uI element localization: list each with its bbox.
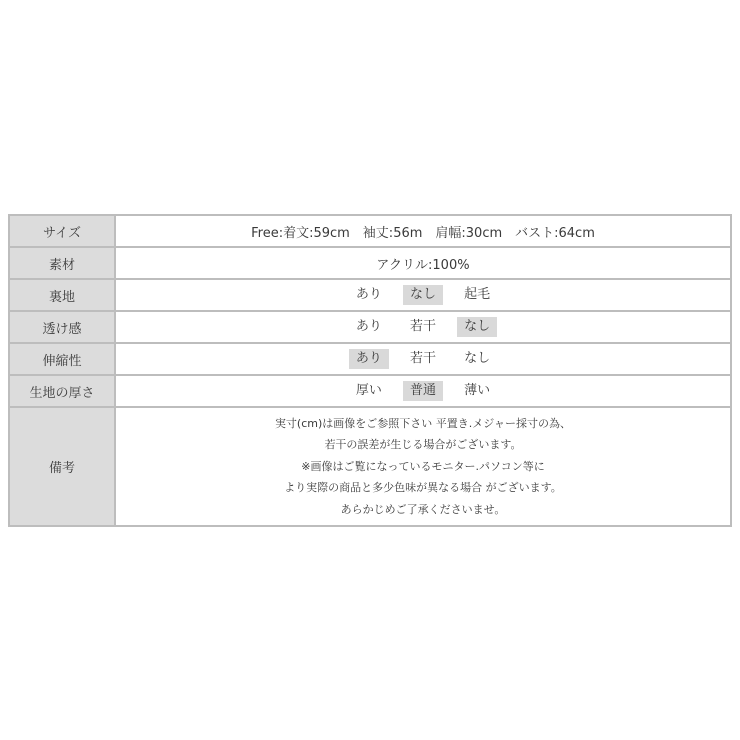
sheerness-option-slight: 若干 [403,317,443,337]
spec-row-notes: 備考 実寸(cm)は画像をご参照下さい 平置き.メジャー採寸の為、 若干の誤差が… [9,407,731,526]
notes-text: 実寸(cm)は画像をご参照下さい 平置き.メジャー採寸の為、 若干の誤差が生じる… [115,407,731,526]
material-value: アクリル:100% [115,247,731,279]
notes-line: より実際の商品と多少色味が異なる場合 がございます。 [116,477,730,499]
thickness-label: 生地の厚さ [9,375,115,407]
thickness-options: 厚い 普通 薄い [115,375,731,407]
notes-label: 備考 [9,407,115,526]
size-value: Free:着文:59cm 袖丈:56m 肩幅:30cm バスト:64cm [115,215,731,247]
product-spec-table: サイズ Free:着文:59cm 袖丈:56m 肩幅:30cm バスト:64cm… [8,214,732,527]
stretch-option-yes: あり [349,349,389,369]
thickness-option-thin: 薄い [457,381,497,401]
sheerness-option-yes: あり [349,317,389,337]
size-label: サイズ [9,215,115,247]
notes-line: ※画像はご覧になっているモニター.パソコン等に [116,456,730,478]
sheerness-label: 透け感 [9,311,115,343]
notes-line: あらかじめご了承くださいませ。 [116,499,730,521]
thickness-option-thick: 厚い [349,381,389,401]
lining-option-no: なし [403,285,443,305]
spec-row-stretch: 伸縮性 あり 若干 なし [9,343,731,375]
sheerness-options: あり 若干 なし [115,311,731,343]
stretch-option-slight: 若干 [403,349,443,369]
stretch-label: 伸縮性 [9,343,115,375]
notes-line: 若干の誤差が生じる場合がございます。 [116,434,730,456]
stretch-option-no: なし [457,349,497,369]
lining-option-brushed: 起毛 [457,285,497,305]
lining-options: あり なし 起毛 [115,279,731,311]
sheerness-option-no: なし [457,317,497,337]
spec-row-lining: 裏地 あり なし 起毛 [9,279,731,311]
material-label: 素材 [9,247,115,279]
spec-row-size: サイズ Free:着文:59cm 袖丈:56m 肩幅:30cm バスト:64cm [9,215,731,247]
spec-row-thickness: 生地の厚さ 厚い 普通 薄い [9,375,731,407]
lining-option-yes: あり [349,285,389,305]
lining-label: 裏地 [9,279,115,311]
thickness-option-normal: 普通 [403,381,443,401]
spec-row-material: 素材 アクリル:100% [9,247,731,279]
notes-line: 実寸(cm)は画像をご参照下さい 平置き.メジャー採寸の為、 [116,413,730,435]
spec-row-sheerness: 透け感 あり 若干 なし [9,311,731,343]
stretch-options: あり 若干 なし [115,343,731,375]
